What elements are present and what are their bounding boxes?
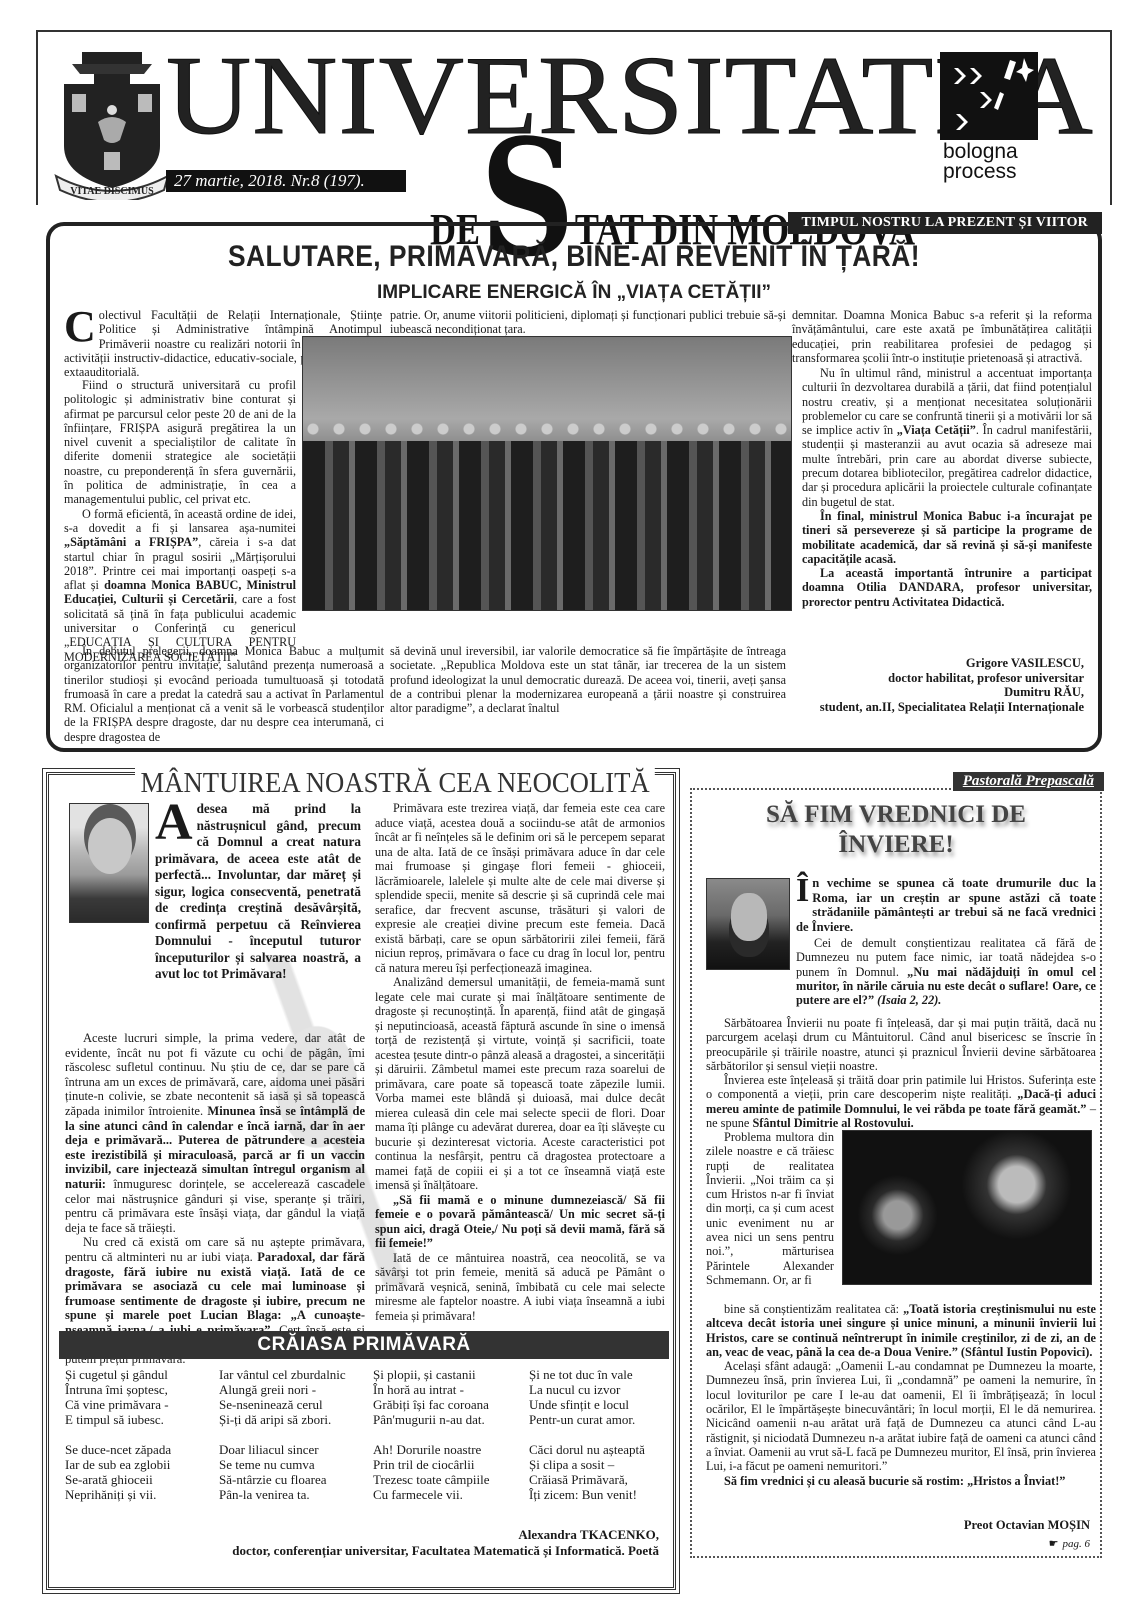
right-article: Pastorală Prepascală SĂ FIM VREDNICI DE …	[690, 788, 1102, 1558]
article-signature: Grigore VASILESCU, doctor habilitat, pro…	[820, 656, 1084, 714]
paragraph: O formă eficientă, în această ordine de …	[64, 507, 296, 664]
article-column-left-bottom: În debutul prelegerii, doamna Monica Bab…	[64, 644, 384, 744]
author-portrait	[69, 803, 149, 923]
title-line: ÎNVIERE!	[692, 830, 1100, 860]
poet-title: doctor, conferențiar universitar, Facult…	[232, 1543, 659, 1559]
article-p4: Problema multora din zilele noastre e că…	[706, 1130, 834, 1287]
paragraph: Fiind o structură universitară cu profil…	[64, 378, 296, 507]
dropcap: A	[155, 803, 193, 843]
author-title: student, an.II, Specialitatea Relații In…	[820, 700, 1084, 715]
page-ref-label: pag. 6	[1063, 1538, 1091, 1550]
bologna-line1: bologna	[943, 142, 1018, 162]
quote: „Să fii mamă e o minune dumnezeiască/ Să…	[375, 1193, 665, 1251]
text-run: O formă eficientă, în această ordine de …	[64, 507, 296, 535]
paragraph: Sărbătoarea Învierii nu poate fi înțelea…	[706, 1016, 1096, 1073]
poem-title: CRĂIASA PRIMĂVARĂ	[59, 1331, 669, 1359]
paragraph: Cei de demult conștientizau realitatea c…	[796, 936, 1096, 1007]
bold-run: „Viața Cetății”	[897, 423, 976, 437]
svg-text:VITAE DISCIMUS: VITAE DISCIMUS	[70, 186, 154, 197]
paragraph: La această importantă întrunire a partic…	[802, 566, 1092, 609]
article-column-left: Fiind o structură universitară cu profil…	[64, 378, 296, 664]
article-column-right: Nu în ultimul rând, ministrul a accentua…	[802, 366, 1092, 609]
author-name: Grigore VASILESCU,	[820, 656, 1084, 671]
pointing-hand-icon: ☛	[1049, 1538, 1059, 1550]
bologna-process-label: bologna process	[943, 142, 1018, 182]
section-tag: Pastorală Prepascală	[953, 772, 1104, 791]
issue-date: 27 martie, 2018. Nr.8 (197).	[166, 170, 406, 192]
bologna-process-logo-icon	[940, 52, 1038, 140]
photo-people	[303, 441, 791, 610]
citation: (Isaia 2, 22).	[874, 993, 941, 1007]
dropcap: C	[64, 310, 96, 344]
bold-run: Sfântul Dimitrie al Rostovului.	[752, 1116, 913, 1130]
title-line: SĂ FIM VREDNICI DE	[692, 800, 1100, 830]
article-column-mid-bottom: să devină unul ireversibil, iar valorile…	[390, 644, 786, 715]
portrait-head	[731, 893, 767, 941]
candle-photo	[842, 1130, 1092, 1285]
poem-signature: Alexandra TKACENKO, doctor, conferențiar…	[232, 1527, 659, 1559]
top-article: TIMPUL NOSTRU LA PREZENT ȘI VIITOR SALUT…	[46, 222, 1102, 752]
bologna-line2: process	[943, 162, 1018, 182]
article-column-right-top: demnitar. Doamna Monica Babuc s-a referi…	[792, 308, 1092, 365]
continued-on-page[interactable]: ☛pag. 6	[1049, 1537, 1090, 1550]
headline: SALUTARE, PRIMĂVARĂ, BINE-AI REVENIT ÎN …	[113, 240, 1035, 274]
paragraph: Același sfânt adaugă: „Oamenii L-au cond…	[706, 1359, 1096, 1473]
paragraph: patrie. Or, anume viitorii politicieni, …	[390, 308, 786, 337]
paragraph: să devină unul ireversibil, iar valorile…	[390, 644, 786, 715]
subheadline: IMPLICARE ENERGICĂ ÎN „VIAȚA CETĂȚII”	[50, 282, 1098, 304]
poet-name: Alexandra TKACENKO,	[232, 1527, 659, 1543]
paragraph: Problema multora din zilele noastre e că…	[706, 1130, 834, 1287]
lead-text: n vechime se spunea că toate drumurile d…	[796, 876, 1096, 934]
poem-column-4: Și ne tot duc în vale La nucul cu izvor …	[529, 1367, 645, 1502]
paragraph: Aceste lucruri simple, la prima vedere, …	[65, 1031, 365, 1235]
poem-column-3: Și plopii, și castanii În horă au intrat…	[373, 1367, 489, 1502]
paragraph: Analizând demersul umanității, de femeia…	[375, 975, 665, 1193]
article-title: MÂNTUIREA NOASTRĂ CEA NEOCOLITĂ	[135, 767, 655, 799]
author-name: Dumitru RĂU,	[820, 685, 1084, 700]
text-run: bine să conștientizăm realitatea că:	[724, 1302, 903, 1316]
paragraph: Primăvara este trezirea viață, dar femei…	[375, 801, 665, 975]
paragraph: demnitar. Doamna Monica Babuc s-a referi…	[792, 308, 1092, 365]
left-article: MÂNTUIREA NOASTRĂ CEA NEOCOLITĂ Adesea m…	[46, 772, 676, 1590]
paragraph: Iată de ce mântuirea noastră, cea neocol…	[375, 1251, 665, 1324]
masthead: VITAE DISCIMUS UNIVERSITATEA 27 martie, …	[36, 30, 1112, 205]
article-body: Sărbătoarea Învierii nu poate fi înțelea…	[706, 1016, 1096, 1130]
text-run: înmuguresc dorințele, se accelerează cas…	[65, 1177, 365, 1235]
paragraph: Să fim vrednici și cu aleasă bucurie să …	[706, 1474, 1096, 1488]
bold-run: „Săptămâni a FRIȘPA”	[64, 535, 198, 549]
author-signature: Preot Octavian MOȘIN	[964, 1518, 1090, 1533]
paragraph: În debutul prelegerii, doamna Monica Bab…	[64, 644, 384, 744]
poem-column-2: Iar vântul cel zburdalnic Alungă greii n…	[219, 1367, 346, 1502]
group-photo	[302, 336, 792, 611]
article-column-1: Aceste lucruri simple, la prima vedere, …	[65, 1031, 365, 1367]
priest-portrait	[706, 878, 790, 970]
university-crest-icon: VITAE DISCIMUS	[52, 50, 172, 200]
portrait-head	[88, 818, 132, 874]
poem-column-1: Și cugetul și gândul Întruna îmi șoptesc…	[65, 1367, 171, 1502]
paragraph: bine să conștientizăm realitatea că: „To…	[706, 1302, 1096, 1359]
article-p1: Cei de demult conștientizau realitatea c…	[796, 936, 1096, 1007]
dropcap: Î	[796, 876, 809, 906]
article-lead: În vechime se spunea că toate drumurile …	[796, 876, 1096, 934]
article-title: SĂ FIM VREDNICI DE ÎNVIERE!	[692, 800, 1100, 860]
paragraph: În final, ministrul Monica Babuc i-a înc…	[802, 509, 1092, 566]
article-lead: Adesea mă prind la năstrușnicul gând, pr…	[155, 801, 361, 983]
author-title: doctor habilitat, profesor universitar	[820, 671, 1084, 686]
newspaper-page: VITAE DISCIMUS UNIVERSITATEA 27 martie, …	[36, 30, 1112, 1590]
paragraph: Învierea este înțeleasă și trăită doar p…	[706, 1073, 1096, 1130]
article-column-2: Primăvara este trezirea viață, dar femei…	[375, 801, 665, 1323]
section-tag: TIMPUL NOSTRU LA PREZENT ȘI VIITOR	[788, 212, 1103, 234]
paragraph: Nu în ultimul rând, ministrul a accentua…	[802, 366, 1092, 509]
article-end: bine să conștientizăm realitatea că: „To…	[706, 1302, 1096, 1488]
